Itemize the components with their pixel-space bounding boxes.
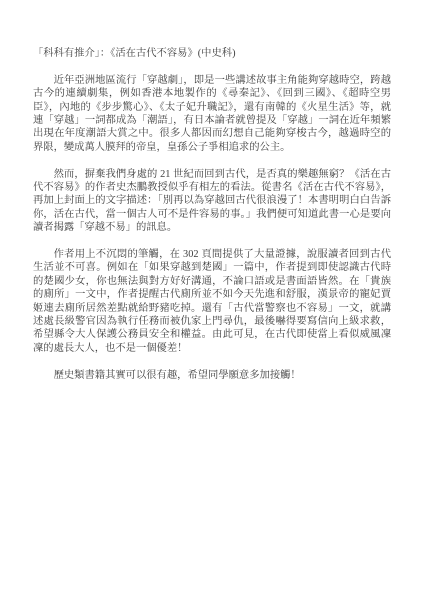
document-page: 「科科有推介」：《活在古代不容易》(中史科) 近年亞洲地區流行「穿越劇」，即是一… (0, 0, 424, 599)
document-body: 近年亞洲地區流行「穿越劇」，即是一些講述故事主角能夠穿越時空，跨越古今的連續劇集… (33, 74, 391, 382)
paragraph: 然而，摒棄我們身處的 21 世紀而回到古代，是否真的樂趣無窮？《活在古代不容易》… (33, 168, 391, 235)
paragraph: 近年亞洲地區流行「穿越劇」，即是一些講述故事主角能夠穿越時空，跨越古今的連續劇集… (33, 74, 391, 154)
paragraph: 作者用上不沉悶的筆觸，在 302 頁間提供了大量證據，說服讀者回到古代生活並不可… (33, 248, 391, 355)
document-title: 「科科有推介」：《活在古代不容易》(中史科) (33, 47, 391, 60)
paragraph: 歷史類書籍其實可以很有趣，希望同學願意多加接觸！ (33, 369, 391, 382)
